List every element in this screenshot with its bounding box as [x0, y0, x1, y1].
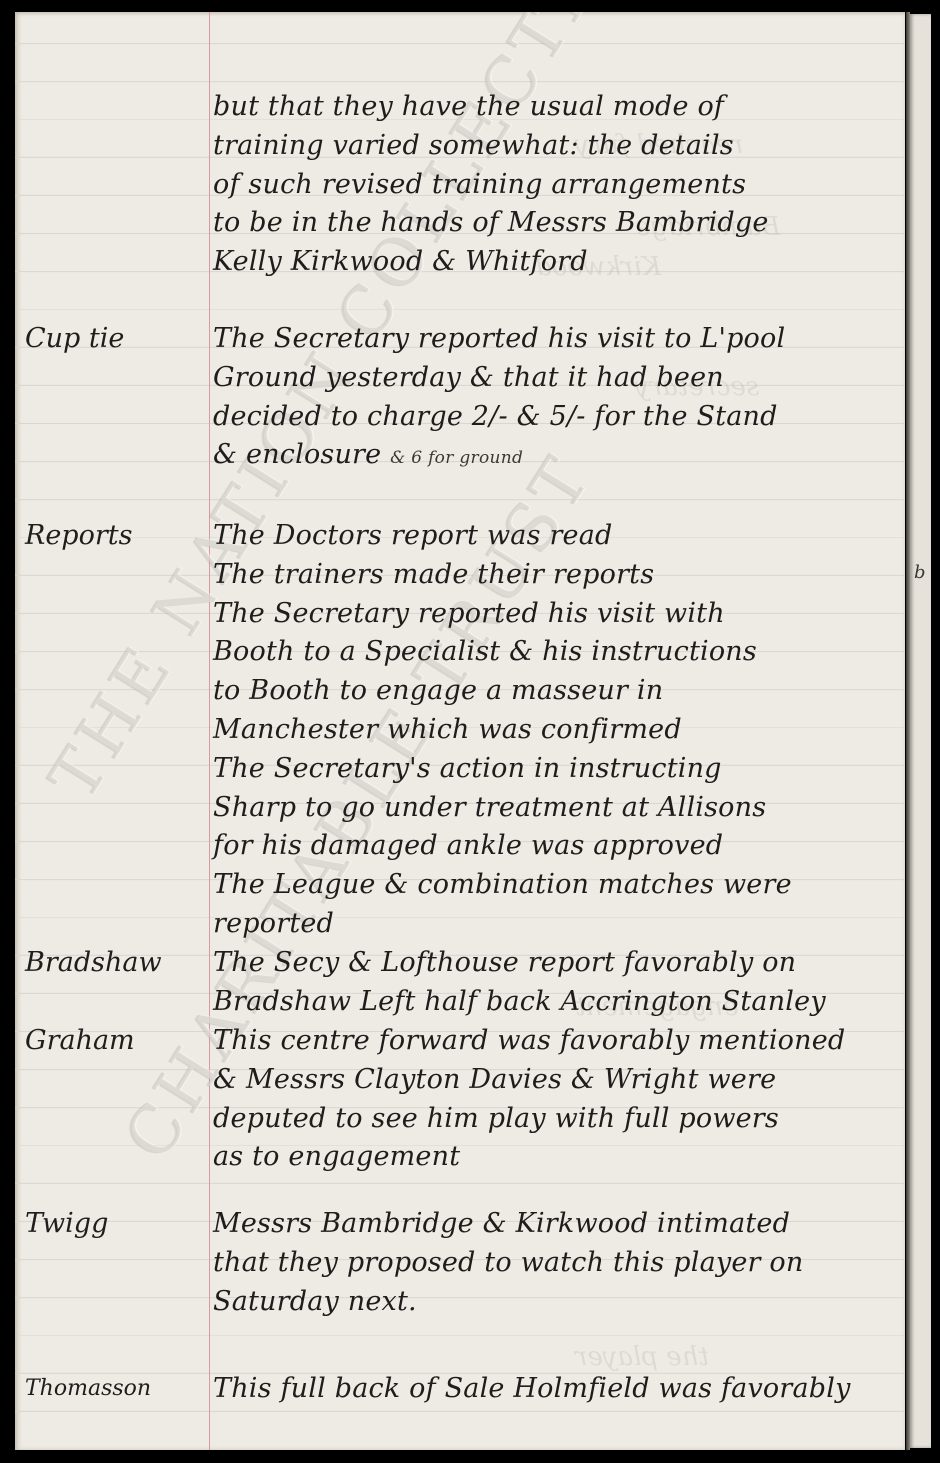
entry-line: for his damaged ankle was approved	[213, 827, 903, 866]
entry-line: but that they have the usual mode of	[213, 88, 903, 127]
entry-line: & Messrs Clayton Davies & Wright were	[213, 1061, 903, 1100]
entry-line: training varied somewhat: the details	[213, 127, 903, 166]
pencil-annotation: & 6 for ground	[390, 448, 523, 468]
entry-line-text: & enclosure	[213, 439, 381, 470]
entry-line: The Secy & Lofthouse report favorably on	[213, 944, 903, 983]
adjacent-page-mark: b	[914, 562, 926, 583]
entry-line: reported	[213, 905, 903, 944]
entry-line: deputed to see him play with full powers	[213, 1100, 903, 1139]
entry-line: Saturday next.	[213, 1283, 903, 1322]
entry-line: This centre forward was favorably mentio…	[213, 1022, 903, 1061]
entry-body: but that they have the usual mode of tra…	[213, 88, 903, 282]
entry-line: Manchester which was confirmed	[213, 711, 903, 750]
red-margin-line	[209, 12, 210, 1450]
entry-line: The League & combination matches were	[213, 866, 903, 905]
entry-body: This centre forward was favorably mentio…	[213, 1022, 903, 1177]
entry-line: of such revised training arrangements	[213, 166, 903, 205]
entry-body: Messrs Bambridge & Kirkwood intimated th…	[213, 1205, 903, 1321]
margin-heading: Twigg	[25, 1205, 203, 1243]
margin-heading: Reports	[25, 517, 203, 555]
entry-line: Bradshaw Left half back Accrington Stanl…	[213, 983, 903, 1022]
entry-line: as to engagement	[213, 1138, 903, 1177]
entry-line: The trainers made their reports	[213, 556, 903, 595]
entry-line: & enclosure & 6 for ground	[213, 436, 903, 475]
entry-line: Ground yesterday & that it had been	[213, 359, 903, 398]
entry-line: Booth to a Specialist & his instructions	[213, 633, 903, 672]
entry-line: The Secretary's action in instructing	[213, 750, 903, 789]
margin-heading: Bradshaw	[25, 944, 203, 982]
entry-body: The Secretary reported his visit to L'po…	[213, 320, 903, 475]
margin-heading: Thomasson	[25, 1370, 203, 1408]
entry-body: This full back of Sale Holmfield was fav…	[213, 1370, 903, 1409]
entry-line: The Doctors report was read	[213, 517, 903, 556]
entry-line: that they proposed to watch this player …	[213, 1244, 903, 1283]
entry-body: The Doctors report was read The trainers…	[213, 517, 903, 944]
entry-line: decided to charge 2/- & 5/- for the Stan…	[213, 398, 903, 437]
ledger-page: reached fury Bambridge Kirkwood secretar…	[15, 12, 905, 1450]
entry-line: to Booth to engage a masseur in	[213, 672, 903, 711]
entry-line: This full back of Sale Holmfield was fav…	[213, 1370, 903, 1409]
entry-line: Messrs Bambridge & Kirkwood intimated	[213, 1205, 903, 1244]
entry-line: The Secretary reported his visit with	[213, 595, 903, 634]
entry-line: Kelly Kirkwood & Whitford	[213, 243, 903, 282]
entry-line: Sharp to go under treatment at Allisons	[213, 789, 903, 828]
entry-line: to be in the hands of Messrs Bambridge	[213, 204, 903, 243]
margin-heading: Graham	[25, 1022, 203, 1060]
entry-line: The Secretary reported his visit to L'po…	[213, 320, 903, 359]
entry-body: The Secy & Lofthouse report favorably on…	[213, 944, 903, 1022]
margin-heading: Cup tie	[25, 320, 203, 358]
adjacent-page-edge: b	[910, 14, 931, 1448]
